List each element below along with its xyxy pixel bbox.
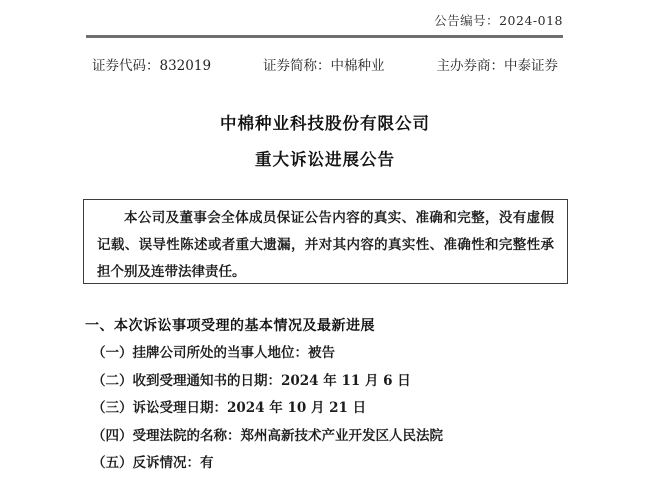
list-item-counterclaim-status: （五）反诉情况：有 <box>92 454 592 473</box>
securities-code: 证券代码：832019 <box>92 54 211 74</box>
list-item-notice-received-date: （二）收到受理通知书的日期：2024 年 11 月 6 日 <box>92 372 592 391</box>
list-item-court-name: （四）受理法院的名称：郑州高新技术产业开发区人民法院 <box>92 427 592 446</box>
sponsor-broker: 主办券商：中泰证券 <box>436 54 558 74</box>
securities-abbreviation: 证券简称：中棉种业 <box>263 54 385 74</box>
list-item-party-status: （一）挂牌公司所处的当事人地位：被告 <box>92 344 592 363</box>
company-name-title: 中棉种业科技股份有限公司 <box>0 110 650 134</box>
announcement-number: 公告编号：2024-018 <box>434 11 563 29</box>
list-item-acceptance-date: （三）诉讼受理日期：2024 年 10 月 21 日 <box>92 399 592 418</box>
announcement-subject-title: 重大诉讼进展公告 <box>0 146 650 170</box>
announcement-document: 公告编号：2024-018 证券代码：832019 证券简称：中棉种业 主办券商… <box>0 0 650 481</box>
section-one-heading: 一、本次诉讼事项受理的基本情况及最新进展 <box>85 315 375 335</box>
litigation-detail-list: （一）挂牌公司所处的当事人地位：被告 （二）收到受理通知书的日期：2024 年 … <box>92 344 592 481</box>
securities-header-row: 证券代码：832019 证券简称：中棉种业 主办券商：中泰证券 <box>92 54 558 74</box>
board-disclaimer-box: 本公司及董事会全体成员保证公告内容的真实、准确和完整，没有虚假记载、误导性陈述或… <box>83 199 568 284</box>
masthead-divider-rule <box>86 35 563 38</box>
